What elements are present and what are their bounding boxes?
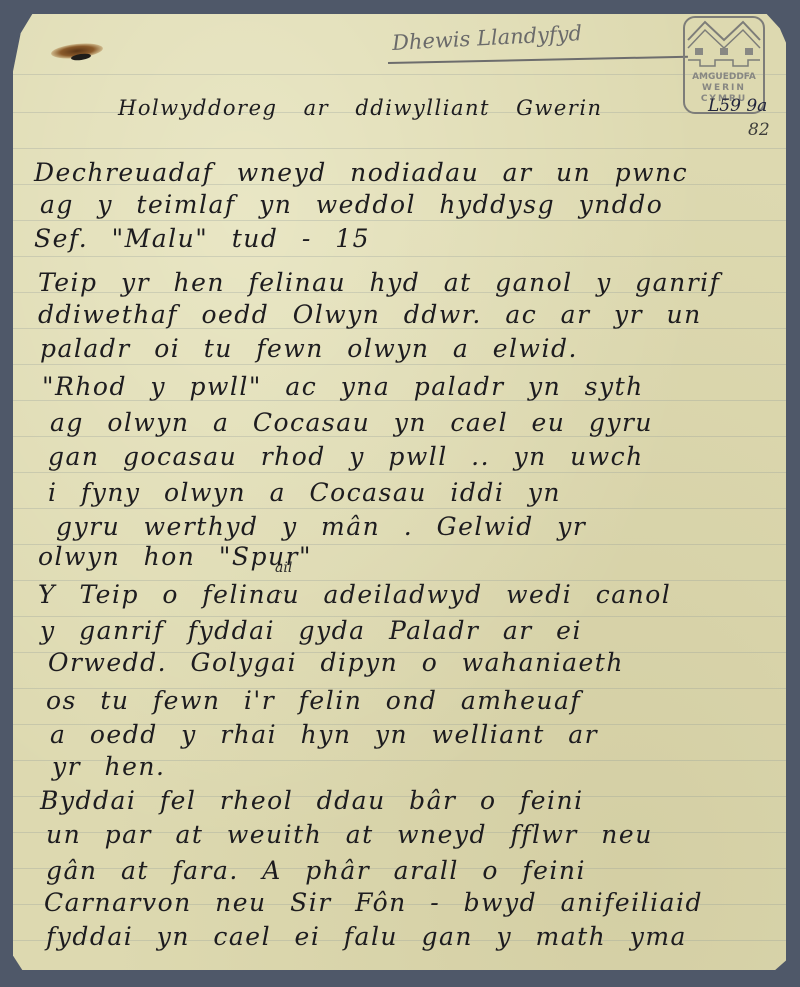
text-line: i fyny olwyn a Cocasau iddi yn — [48, 478, 561, 507]
text-line: gan gocasau rhod y pwll .. yn uwch — [48, 442, 644, 471]
text-line: olwyn hon "Spur" — [38, 542, 312, 571]
text-line: ddiwethaf oedd Olwyn ddwr. ac ar yr un — [38, 300, 702, 329]
reference-number: 82 — [748, 120, 770, 140]
text-line: Dechreuadaf wneyd nodiadau ar un pwnc — [34, 158, 688, 187]
text-line: Sef. "Malu" tud - 15 — [34, 224, 370, 253]
text-line: fyddai yn cael ei falu gan y math yma — [46, 922, 687, 951]
text-line: Carnarvon neu Sir Fôn - bwyd anifeiliaid — [44, 888, 703, 917]
reference-code: L59 9a — [708, 96, 767, 116]
stamp-line-1: AMGUEDDFA — [685, 72, 763, 82]
text-line: Orwedd. Golygai dipyn o wahaniaeth — [48, 648, 624, 677]
insertion-text: ail — [275, 560, 292, 576]
ruled-line — [13, 508, 786, 509]
text-line: y ganrif fyddai gyda Paladr ar ei — [40, 616, 582, 645]
text-line: Byddai fel rheol ddau bâr o feini — [40, 786, 584, 815]
text-line: paladr oi tu fewn olwyn a elwid. — [40, 334, 578, 363]
ruled-line — [13, 220, 786, 221]
stamp-line-2: WERIN — [685, 83, 763, 93]
ruled-line — [13, 74, 786, 75]
scan-background: Dhewis Llandyfyd AMGUEDDFA WERIN CYMRU L… — [0, 0, 800, 987]
text-line: gân at fara. A phâr arall o feini — [46, 856, 586, 885]
text-line: yr hen. — [52, 752, 165, 781]
text-line: ag olwyn a Cocasau yn cael eu gyru — [50, 408, 653, 437]
document-title: Holwyddoreg ar ddiwylliant Gwerin — [118, 96, 603, 120]
text-line: gyru werthyd y mân . Gelwid yr — [56, 512, 586, 541]
ruled-line — [13, 148, 786, 149]
ruled-line — [13, 256, 786, 257]
text-line: Teip yr hen felinau hyd at ganol y ganri… — [38, 268, 720, 297]
text-line: os tu fewn i'r felin ond amheuaf — [46, 686, 581, 715]
text-line: Y Teip o felinau adeiladwyd wedi canol — [38, 580, 671, 609]
text-line: ag y teimlaf yn weddol hyddysg ynddo — [40, 190, 663, 219]
text-line: a oedd y rhai hyn yn welliant ar — [50, 720, 598, 749]
text-line: un par at weuith at wneyd fflwr neu — [46, 820, 653, 849]
ruled-line — [13, 364, 786, 365]
ruled-line — [13, 472, 786, 473]
text-line: "Rhod y pwll" ac yna paladr yn syth — [42, 372, 644, 401]
